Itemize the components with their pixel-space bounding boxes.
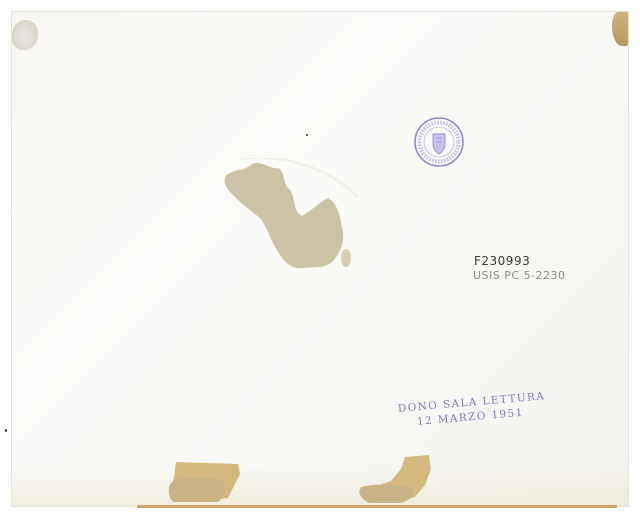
bottom-edge-tape-line: [137, 505, 617, 508]
tape-stain-bottom-left: [168, 460, 243, 502]
seal-stamp-icon: [412, 116, 466, 168]
ink-speck: [5, 429, 7, 432]
tape-residue-top-right: [612, 12, 628, 46]
catalog-number-annotation: F230993: [474, 254, 530, 268]
tape-stain-bottom-right: [355, 455, 433, 503]
reference-annotation: USIS PC 5-2230: [473, 269, 566, 282]
water-stain-center: [222, 158, 362, 273]
ink-speck: [306, 134, 308, 136]
corner-wear-top-left: [12, 20, 38, 50]
